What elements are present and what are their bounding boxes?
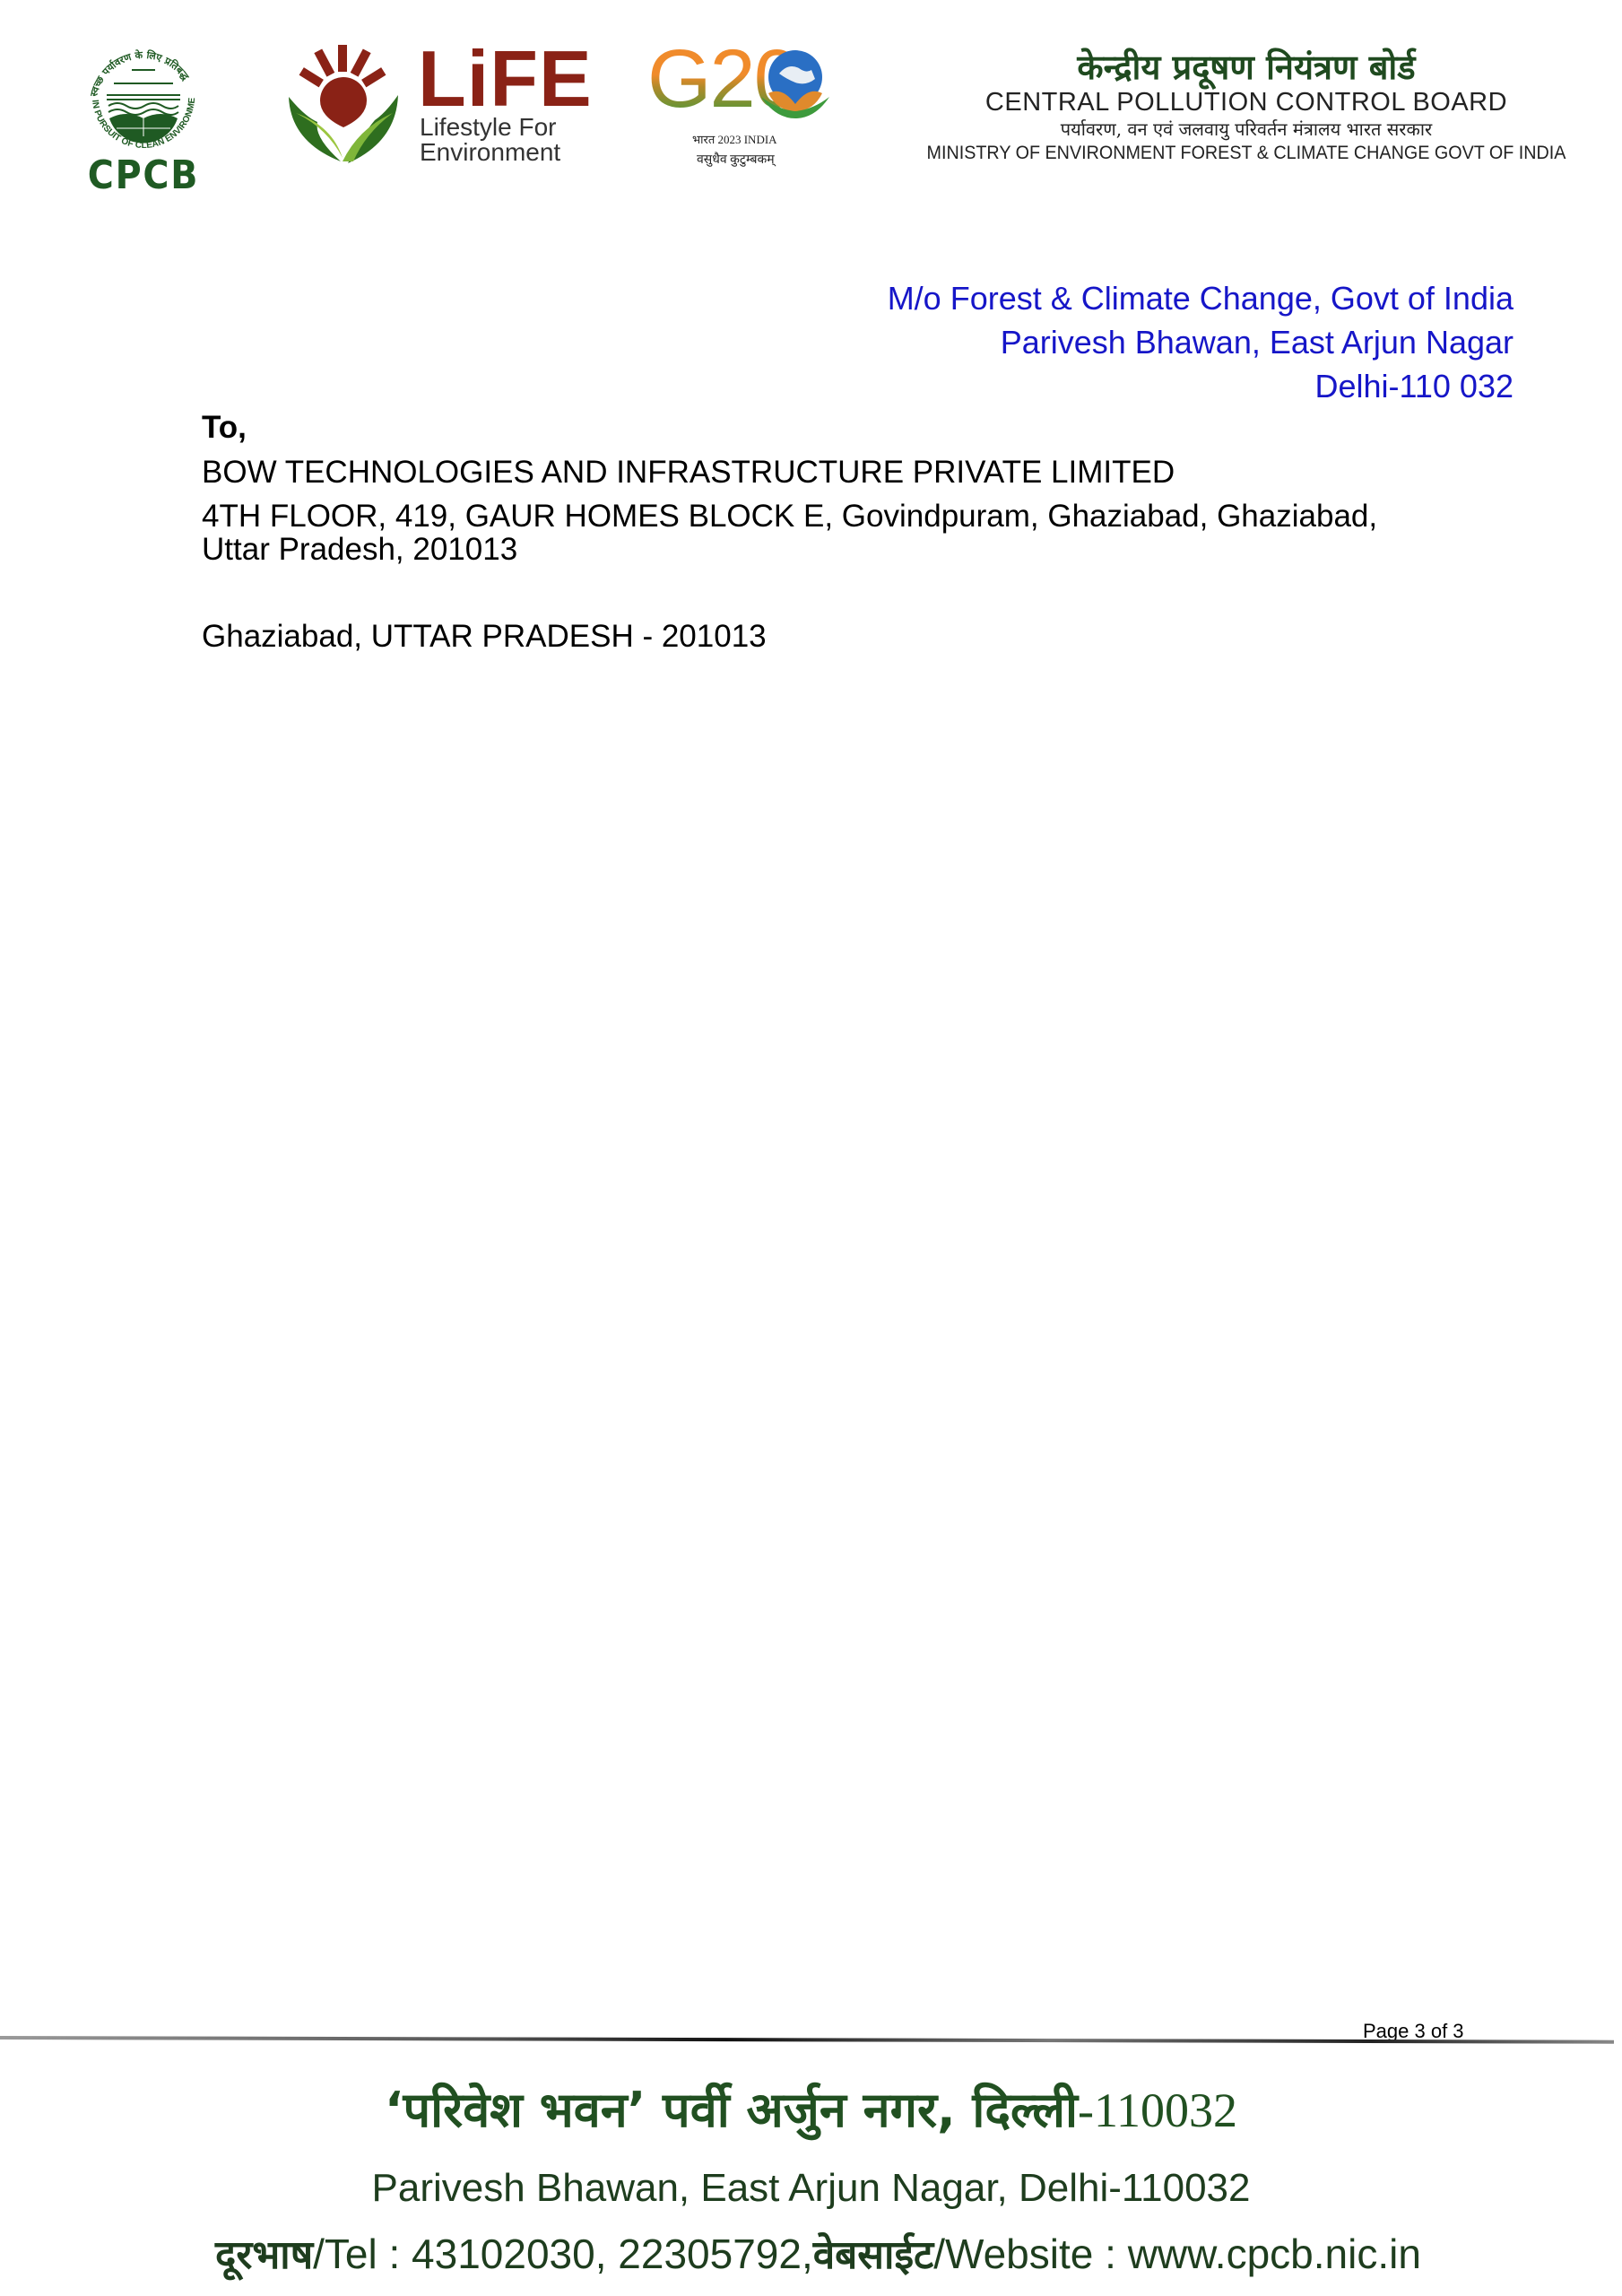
cpcb-emblem-icon: स्वच्छ पर्यावरण के लिए प्रतिबद्ध IN PURS… [76,43,211,155]
life-subtitle: Lifestyle For Environment [420,115,560,165]
footer-hindi-address: ‘परिवेश भवन’ पर्वी अर्जुन नगर, दिल्ली-11… [0,2079,1622,2142]
g20-tagline-motto: वसुधैव कुटुम्बकम् [697,151,775,168]
life-wordmark: LiFE [418,39,593,118]
board-hindi-title: केन्द्रीय प्रदूषण नियंत्रण बोर्ड [897,47,1596,88]
life-subtitle-line-1: Lifestyle For [420,115,560,140]
ministry-english: MINISTRY OF ENVIRONMENT FOREST & CLIMATE… [917,142,1574,165]
g20-logo: G20 भारत 2023 INDIA वसुधैव कुटुम्बकम् [647,43,845,178]
sender-address-line: Parivesh Bhawan, East Arjun Nagar [888,320,1514,364]
g20-tagline-year: भारत 2023 INDIA [692,131,777,147]
svg-text:स्वच्छ पर्यावरण के लिए प्रतिबद: स्वच्छ पर्यावरण के लिए प्रतिबद्ध [88,48,192,99]
life-logo: LiFE Lifestyle For Environment [278,43,583,178]
footer-english-address: Parivesh Bhawan, East Arjun Nagar, Delhi… [0,2163,1622,2213]
globe-lotus-icon [759,47,831,118]
recipient-company: BOW TECHNOLOGIES AND INFRASTRUCTURE PRIV… [202,456,1377,489]
life-subtitle-line-2: Environment [420,140,560,165]
recipient-city-line: Ghaziabad, UTTAR PRADESH - 201013 [202,620,1377,653]
cpcb-acronym: CPCB [83,152,204,198]
salutation: To, [202,411,1377,444]
website-label-hindi: वेबसाईट [813,2232,934,2278]
recipient-address-line-2: Uttar Pradesh, 201013 [202,533,1377,566]
sender-address-line: Delhi-110 032 [888,364,1514,408]
footer-hindi-pin: -110032 [1078,2083,1237,2137]
website-link[interactable]: /Website : www.cpcb.nic.in [933,2231,1421,2277]
cpcb-logo: स्वच्छ पर्यावरण के लिए प्रतिबद्ध IN PURS… [76,43,211,203]
board-header: केन्द्रीय प्रदूषण नियंत्रण बोर्ड CENTRAL… [897,47,1596,165]
sender-address-line: M/o Forest & Climate Change, Govt of Ind… [888,276,1514,320]
footer-hindi-address-text: ‘परिवेश भवन’ पर्वी अर्जुन नगर, दिल्ली [385,2082,1078,2138]
recipient-block: To, BOW TECHNOLOGIES AND INFRASTRUCTURE … [202,411,1377,653]
tel-label-hindi: दूरभाष [215,2232,313,2278]
board-english-title: CENTRAL POLLUTION CONTROL BOARD [897,88,1596,117]
tel-numbers: /Tel : 43102030, 22305792, [313,2231,813,2277]
sun-leaf-icon [278,43,412,173]
recipient-address-line-1: 4TH FLOOR, 419, GAUR HOMES BLOCK E, Govi… [202,500,1377,533]
sender-address: M/o Forest & Climate Change, Govt of Ind… [888,276,1514,408]
footer-contact: दूरभाष/Tel : 43102030, 22305792,वेबसाईट/… [215,2226,1470,2283]
ministry-hindi: पर्यावरण, वन एवं जलवायु परिवर्तन मंत्राल… [897,117,1596,142]
